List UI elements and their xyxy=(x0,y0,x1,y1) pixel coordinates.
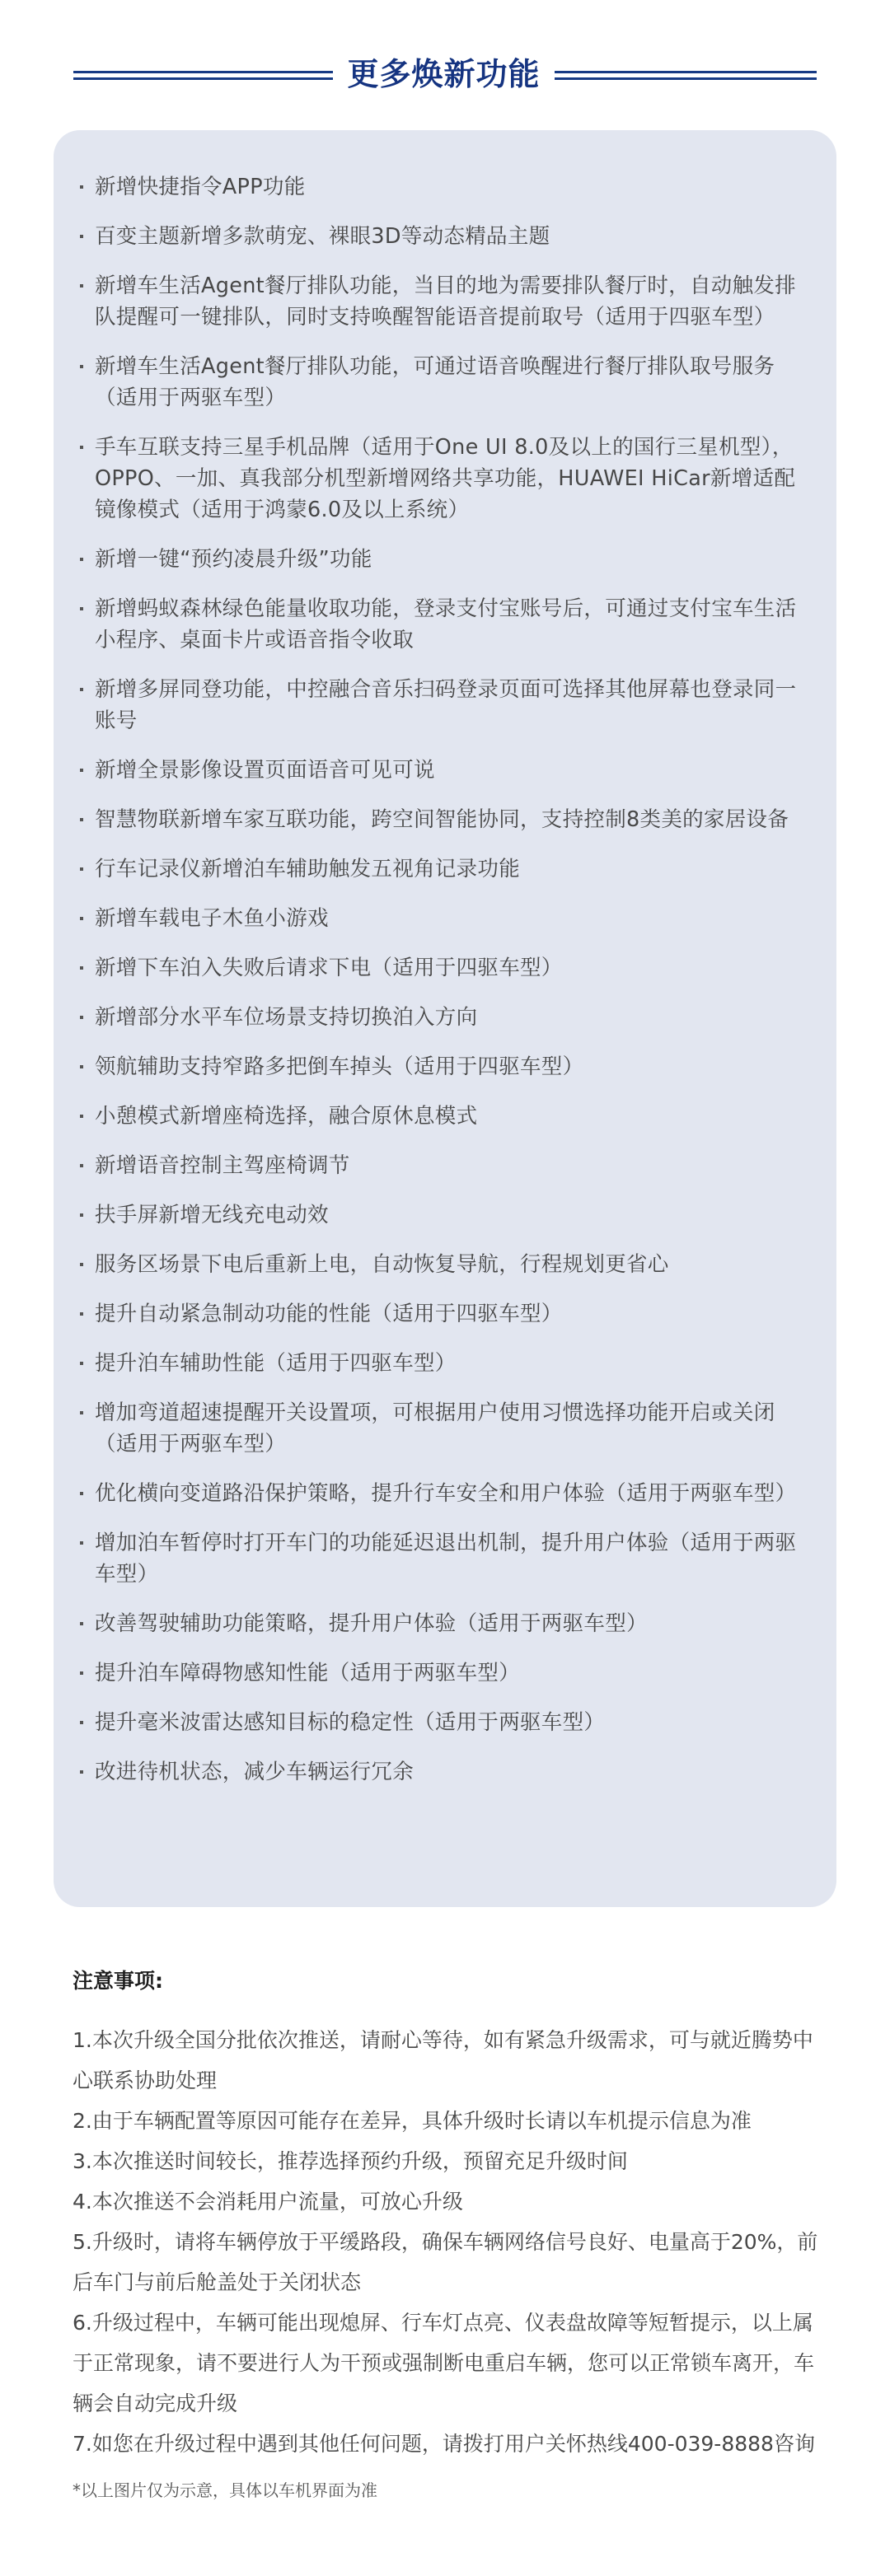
note-item: 5.升级时，请将车辆停放于平缓路段，确保车辆网络信号良好、电量高于20%，前后车… xyxy=(73,2222,831,2303)
feature-text: 提升泊车障碍物感知性能（适用于两驱车型） xyxy=(95,1661,520,1685)
feature-item: 改善驾驶辅助功能策略，提升用户体验（适用于两驱车型） xyxy=(80,1608,812,1639)
feature-text: 改进待机状态，减少车辆运行冗余 xyxy=(95,1760,414,1784)
bullet-icon xyxy=(80,1016,83,1019)
feature-item: 小憩模式新增座椅选择，融合原休息模式 xyxy=(80,1101,812,1132)
bullet-icon xyxy=(80,1541,83,1545)
bullet-icon xyxy=(80,1213,83,1217)
feature-item: 新增部分水平车位场景支持切换泊入方向 xyxy=(80,1002,812,1033)
section-header: 更多焕新功能 xyxy=(0,48,890,105)
feature-item: 新增语音控制主驾座椅调节 xyxy=(80,1150,812,1181)
bullet-icon xyxy=(80,769,83,772)
bullet-icon xyxy=(80,284,83,288)
feature-text: 手车互联支持三星手机品牌（适用于One UI 8.0及以上的国行三星机型），OP… xyxy=(95,435,795,522)
bullet-icon xyxy=(80,917,83,920)
feature-text: 提升自动紧急制动功能的性能（适用于四驱车型） xyxy=(95,1302,563,1326)
feature-text: 新增快捷指令APP功能 xyxy=(95,175,306,199)
bullet-icon xyxy=(80,1671,83,1675)
bullet-icon xyxy=(80,235,83,238)
feature-item: 提升自动紧急制动功能的性能（适用于四驱车型） xyxy=(80,1298,812,1330)
feature-item: 提升泊车辅助性能（适用于四驱车型） xyxy=(80,1348,812,1379)
bullet-icon xyxy=(80,365,83,368)
bullet-icon xyxy=(80,1721,83,1724)
feature-text: 新增车生活Agent餐厅排队功能，可通过语音唤醒进行餐厅排队取号服务（适用于两驱… xyxy=(95,354,775,410)
note-item: 6.升级过程中，车辆可能出现熄屏、行车灯点亮、仪表盘故障等短暂提示，以上属于正常… xyxy=(73,2303,831,2424)
feature-text: 新增蚂蚁森林绿色能量收取功能，登录支付宝账号后，可通过支付宝车生活小程序、桌面卡… xyxy=(95,596,796,652)
feature-item: 领航辅助支持窄路多把倒车掉头（适用于四驱车型） xyxy=(80,1051,812,1082)
feature-text: 服务区场景下电后重新上电，自动恢复导航，行程规划更省心 xyxy=(95,1252,669,1277)
feature-item: 提升毫米波雷达感知目标的稳定性（适用于两驱车型） xyxy=(80,1707,812,1738)
feature-text: 百变主题新增多款萌宠、裸眼3D等动态精品主题 xyxy=(95,224,550,249)
feature-text: 新增车生活Agent餐厅排队功能，当目的地为需要排队餐厅时，自动触发排队提醒可一… xyxy=(95,273,796,330)
feature-text: 优化横向变道路沿保护策略，提升行车安全和用户体验（适用于两驱车型） xyxy=(95,1481,796,1506)
feature-text: 改善驾驶辅助功能策略，提升用户体验（适用于两驱车型） xyxy=(95,1611,648,1636)
feature-item: 增加弯道超速提醒开关设置项，可根据用户使用习惯选择功能开启或关闭（适用于两驱车型… xyxy=(80,1397,812,1460)
feature-text: 新增车载电子木鱼小游戏 xyxy=(95,906,329,931)
feature-item: 服务区场景下电后重新上电，自动恢复导航，行程规划更省心 xyxy=(80,1249,812,1280)
bullet-icon xyxy=(80,688,83,691)
note-item: 4.本次推送不会消耗用户流量，可放心升级 xyxy=(73,2181,831,2222)
notes-section: 注意事项: 1.本次升级全国分批依次推送，请耐心等待，如有紧急升级需求，可与就近… xyxy=(73,1961,831,2507)
decorative-double-line-right xyxy=(555,71,817,81)
feature-text: 新增全景影像设置页面语音可见可说 xyxy=(95,758,435,783)
feature-item: 行车记录仪新增泊车辅助触发五视角记录功能 xyxy=(80,853,812,885)
bullet-icon xyxy=(80,185,83,189)
bullet-icon xyxy=(80,1622,83,1625)
feature-text: 新增一键“预约凌晨升级”功能 xyxy=(95,547,372,572)
bullet-icon xyxy=(80,1263,83,1266)
feature-item: 新增全景影像设置页面语音可见可说 xyxy=(80,755,812,786)
feature-item: 改进待机状态，减少车辆运行冗余 xyxy=(80,1756,812,1788)
feature-item: 新增车生活Agent餐厅排队功能，可通过语音唤醒进行餐厅排队取号服务（适用于两驱… xyxy=(80,351,812,414)
feature-text: 新增下车泊入失败后请求下电（适用于四驱车型） xyxy=(95,956,563,980)
feature-text: 提升毫米波雷达感知目标的稳定性（适用于两驱车型） xyxy=(95,1710,605,1735)
feature-text: 智慧物联新增车家互联功能，跨空间智能协同，支持控制8类美的家居设备 xyxy=(95,807,789,832)
feature-item: 新增多屏同登功能，中控融合音乐扫码登录页面可选择其他屏幕也登录同一账号 xyxy=(80,674,812,736)
section-title: 更多焕新功能 xyxy=(333,54,555,94)
bullet-icon xyxy=(80,558,83,561)
feature-item: 新增车生活Agent餐厅排队功能，当目的地为需要排队餐厅时，自动触发排队提醒可一… xyxy=(80,270,812,333)
feature-item: 智慧物联新增车家互联功能，跨空间智能协同，支持控制8类美的家居设备 xyxy=(80,804,812,835)
bullet-icon xyxy=(80,1492,83,1495)
note-item: 2.由于车辆配置等原因可能存在差异，具体升级时长请以车机提示信息为准 xyxy=(73,2101,831,2141)
bullet-icon xyxy=(80,1362,83,1365)
feature-text: 增加弯道超速提醒开关设置项，可根据用户使用习惯选择功能开启或关闭（适用于两驱车型… xyxy=(95,1400,775,1456)
feature-item: 百变主题新增多款萌宠、裸眼3D等动态精品主题 xyxy=(80,221,812,252)
feature-text: 扶手屏新增无线充电动效 xyxy=(95,1203,329,1227)
bullet-icon xyxy=(80,1164,83,1167)
feature-text: 领航辅助支持窄路多把倒车掉头（适用于四驱车型） xyxy=(95,1054,583,1079)
note-item: 3.本次推送时间较长，推荐选择预约升级，预留充足升级时间 xyxy=(73,2141,831,2181)
feature-item: 新增蚂蚁森林绿色能量收取功能，登录支付宝账号后，可通过支付宝车生活小程序、桌面卡… xyxy=(80,593,812,656)
feature-item: 提升泊车障碍物感知性能（适用于两驱车型） xyxy=(80,1657,812,1689)
feature-item: 新增一键“预约凌晨升级”功能 xyxy=(80,544,812,575)
bullet-icon xyxy=(80,818,83,821)
bullet-icon xyxy=(80,1115,83,1118)
notes-title: 注意事项: xyxy=(73,1961,831,2002)
feature-text: 提升泊车辅助性能（适用于四驱车型） xyxy=(95,1351,457,1376)
bullet-icon xyxy=(80,1312,83,1316)
bullet-icon xyxy=(80,867,83,871)
note-item: 7.如您在升级过程中遇到其他任何问题，请拨打用户关怀热线400-039-8888… xyxy=(73,2424,831,2464)
bullet-icon xyxy=(80,1065,83,1068)
disclaimer-footnote: *以上图片仅为示意，具体以车机界面为准 xyxy=(73,2474,831,2507)
note-item: 1.本次升级全国分批依次推送，请耐心等待，如有紧急升级需求，可与就近腾势中心联系… xyxy=(73,2020,831,2101)
bullet-icon xyxy=(80,1411,83,1414)
feature-item: 新增快捷指令APP功能 xyxy=(80,171,812,203)
feature-item: 扶手屏新增无线充电动效 xyxy=(80,1199,812,1231)
feature-item: 优化横向变道路沿保护策略，提升行车安全和用户体验（适用于两驱车型） xyxy=(80,1478,812,1509)
feature-item: 手车互联支持三星手机品牌（适用于One UI 8.0及以上的国行三星机型），OP… xyxy=(80,432,812,526)
feature-item: 新增下车泊入失败后请求下电（适用于四驱车型） xyxy=(80,952,812,984)
feature-text: 新增多屏同登功能，中控融合音乐扫码登录页面可选择其他屏幕也登录同一账号 xyxy=(95,677,796,733)
feature-text: 新增部分水平车位场景支持切换泊入方向 xyxy=(95,1005,477,1030)
feature-item: 增加泊车暂停时打开车门的功能延迟退出机制，提升用户体验（适用于两驱车型） xyxy=(80,1527,812,1590)
bullet-icon xyxy=(80,446,83,449)
decorative-double-line-left xyxy=(73,71,333,81)
features-card: 新增快捷指令APP功能 百变主题新增多款萌宠、裸眼3D等动态精品主题 新增车生活… xyxy=(54,130,836,1907)
bullet-icon xyxy=(80,1770,83,1774)
feature-text: 新增语音控制主驾座椅调节 xyxy=(95,1153,350,1178)
bullet-icon xyxy=(80,966,83,970)
feature-text: 行车记录仪新增泊车辅助触发五视角记录功能 xyxy=(95,857,520,881)
bullet-icon xyxy=(80,607,83,610)
feature-list: 新增快捷指令APP功能 百变主题新增多款萌宠、裸眼3D等动态精品主题 新增车生活… xyxy=(80,171,812,1788)
feature-item: 新增车载电子木鱼小游戏 xyxy=(80,903,812,934)
feature-text: 小憩模式新增座椅选择，融合原休息模式 xyxy=(95,1104,477,1129)
feature-text: 增加泊车暂停时打开车门的功能延迟退出机制，提升用户体验（适用于两驱车型） xyxy=(95,1531,796,1587)
